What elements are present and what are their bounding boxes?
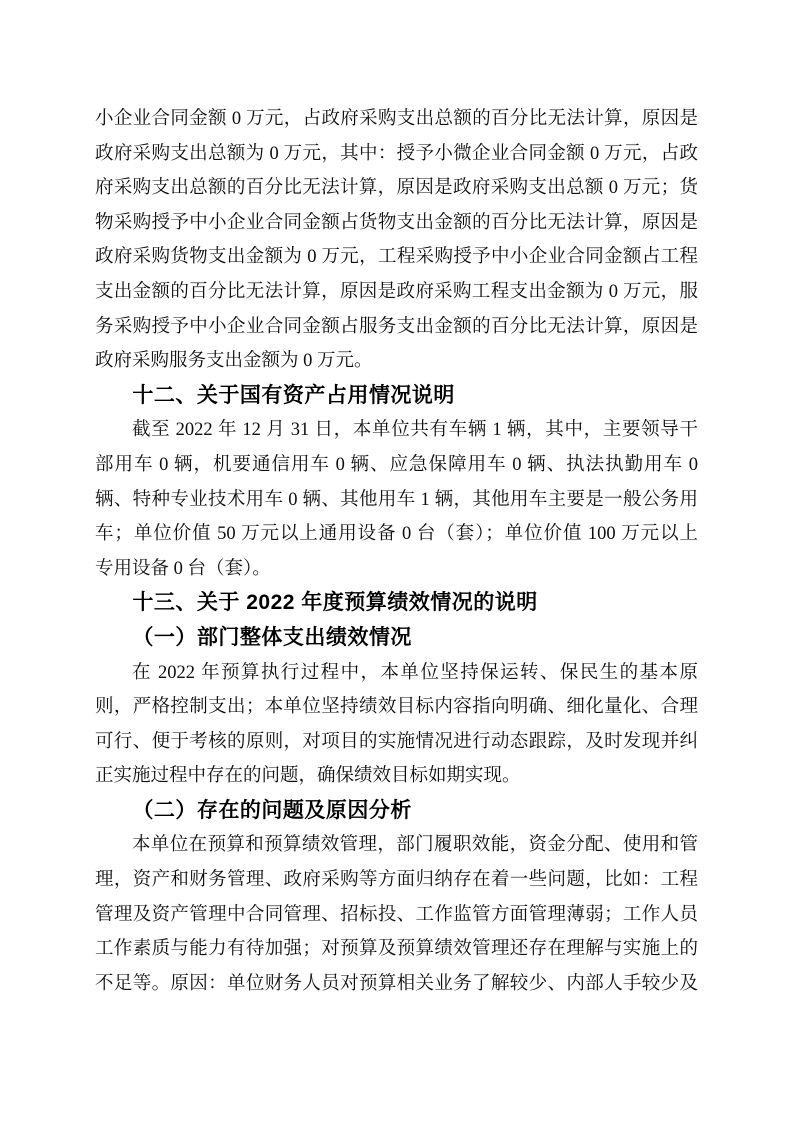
paragraph: 小企业合同金额 0 万元，占政府采购支出总额的百分比无法计算，原因是政府采购支出… (95, 102, 698, 379)
section-heading: （一）部门整体支出绩效情况 (95, 621, 698, 656)
paragraph: 在 2022 年预算执行过程中，本单位坚持保运转、保民生的基本原则，严格控制支出… (95, 656, 698, 794)
text-line: 管理及资产管理中合同管理、招标投、工作监管方面管理薄弱；工作人员 (95, 898, 698, 933)
section-heading: 十二、关于国有资产占用情况说明 (95, 379, 698, 414)
text-line: 专用设备 0 台（套）。 (95, 552, 698, 587)
text-line: 物采购授予中小企业合同金额占货物支出金额的百分比无法计算，原因是 (95, 206, 698, 241)
text-line: 则，严格控制支出；本单位坚持绩效目标内容指向明确、细化量化、合理 (95, 690, 698, 725)
section-heading: 十三、关于 2022 年度预算绩效情况的说明 (95, 586, 698, 621)
section-heading: （二）存在的问题及原因分析 (95, 794, 698, 829)
text-line: 本单位在预算和预算绩效管理，部门履职效能，资金分配、使用和管 (95, 828, 698, 863)
text-line: 车；单位价值 50 万元以上通用设备 0 台（套）；单位价值 100 万元以上 (95, 517, 698, 552)
document-content: 小企业合同金额 0 万元，占政府采购支出总额的百分比无法计算，原因是政府采购支出… (95, 102, 698, 1001)
text-line: 务采购授予中小企业合同金额占服务支出金额的百分比无法计算，原因是 (95, 310, 698, 345)
text-line: 可行、便于考核的原则，对项目的实施情况进行动态跟踪，及时发现并纠 (95, 725, 698, 760)
text-line: 辆、特种专业技术用车 0 辆、其他用车 1 辆，其他用车主要是一般公务用 (95, 483, 698, 518)
text-line: 工作素质与能力有待加强；对预算及预算绩效管理还存在理解与实施上的 (95, 932, 698, 967)
text-line: 理，资产和财务管理、政府采购等方面归纳存在着一些问题，比如：工程 (95, 863, 698, 898)
text-line: 不足等。原因：单位财务人员对预算相关业务了解较少、内部人手较少及 (95, 967, 698, 1002)
paragraph: 截至 2022 年 12 月 31 日，本单位共有车辆 1 辆，其中，主要领导干… (95, 413, 698, 586)
text-line: 截至 2022 年 12 月 31 日，本单位共有车辆 1 辆，其中，主要领导干 (95, 413, 698, 448)
text-line: 部用车 0 辆，机要通信用车 0 辆、应急保障用车 0 辆、执法执勤用车 0 (95, 448, 698, 483)
text-line: 在 2022 年预算执行过程中，本单位坚持保运转、保民生的基本原 (95, 656, 698, 691)
text-line: 小企业合同金额 0 万元，占政府采购支出总额的百分比无法计算，原因是 (95, 102, 698, 137)
text-line: 政府采购服务支出金额为 0 万元。 (95, 344, 698, 379)
text-line: 支出金额的百分比无法计算，原因是政府采购工程支出金额为 0 万元，服 (95, 275, 698, 310)
text-line: 政府采购货物支出金额为 0 万元，工程采购授予中小企业合同金额占工程 (95, 240, 698, 275)
text-line: 府采购支出总额的百分比无法计算，原因是政府采购支出总额 0 万元；货 (95, 171, 698, 206)
document-page: 小企业合同金额 0 万元，占政府采购支出总额的百分比无法计算，原因是政府采购支出… (0, 0, 793, 1122)
text-line: 正实施过程中存在的问题，确保绩效目标如期实现。 (95, 759, 698, 794)
text-line: 政府采购支出总额为 0 万元，其中：授予小微企业合同金额 0 万元，占政 (95, 137, 698, 172)
paragraph: 本单位在预算和预算绩效管理，部门履职效能，资金分配、使用和管理，资产和财务管理、… (95, 828, 698, 1001)
